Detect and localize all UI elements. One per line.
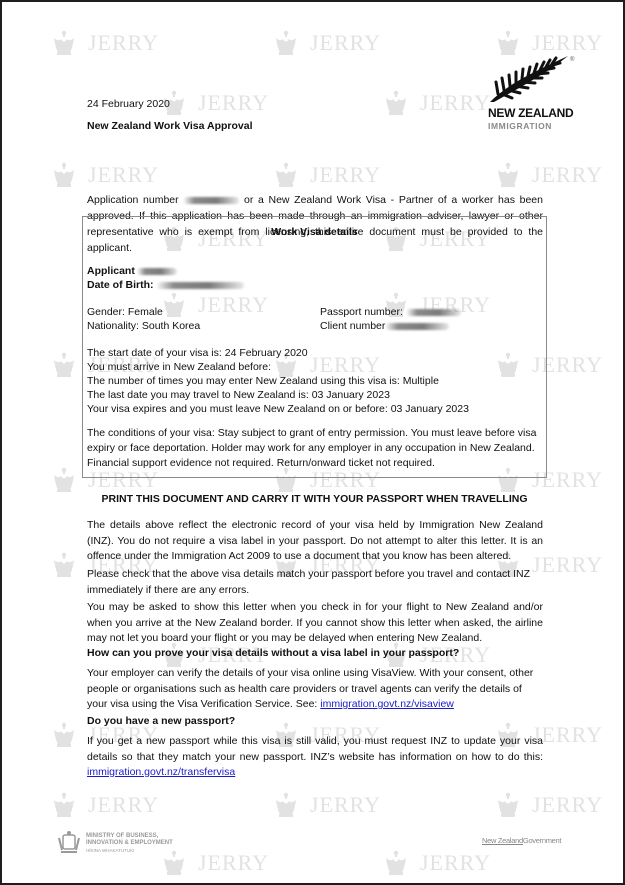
applicant-field: Applicant bbox=[87, 265, 177, 277]
nz-government-logo: New ZealandGovernment bbox=[482, 836, 561, 845]
logo-line-2: IMMIGRATION bbox=[488, 121, 578, 131]
paragraph-visaview: Your employer can verify the details of … bbox=[87, 666, 543, 713]
mbie-logo: MINISTRY OF BUSINESS, INNOVATION & EMPLO… bbox=[58, 830, 173, 856]
letter-title: New Zealand Work Visa Approval bbox=[87, 120, 253, 132]
crown-icon bbox=[274, 162, 298, 188]
redacted-passport-number bbox=[406, 309, 461, 316]
watermark: JERRY bbox=[52, 792, 159, 818]
transfervisa-link[interactable]: immigration.govt.nz/transfervisa bbox=[87, 766, 235, 778]
crown-icon bbox=[52, 352, 76, 378]
svg-text:®: ® bbox=[570, 56, 575, 63]
heading-prove-visa: How can you prove your visa details with… bbox=[87, 647, 459, 659]
crown-icon bbox=[496, 162, 520, 188]
crown-icon bbox=[52, 792, 76, 818]
expiry-date: Your visa expires and you must leave New… bbox=[87, 403, 469, 415]
watermark: JERRY bbox=[496, 792, 603, 818]
start-date: The start date of your visa is: 24 Febru… bbox=[87, 347, 308, 359]
watermark: JERRY bbox=[496, 162, 603, 188]
logo-line-1: NEW ZEALAND bbox=[488, 106, 578, 120]
crown-icon bbox=[274, 30, 298, 56]
visaview-link[interactable]: immigration.govt.nz/visaview bbox=[320, 698, 454, 710]
heading-new-passport: Do you have a new passport? bbox=[87, 715, 235, 727]
paragraph-check-details: Please check that the above visa details… bbox=[87, 567, 543, 598]
watermark: JERRY bbox=[496, 30, 603, 56]
details-title: Work Visa details bbox=[83, 226, 546, 238]
redacted-application-number bbox=[183, 197, 239, 204]
passport-number-field: Passport number: bbox=[320, 306, 461, 318]
paragraph-electronic-record: The details above reflect the electronic… bbox=[87, 518, 543, 565]
watermark: JERRY bbox=[384, 90, 491, 116]
arrive-before: You must arrive in New Zealand before: bbox=[87, 361, 271, 373]
letter-date: 24 February 2020 bbox=[87, 98, 170, 110]
paragraph-show-letter: You may be asked to show this letter whe… bbox=[87, 600, 543, 647]
crown-icon bbox=[52, 552, 76, 578]
document-page: JERRYJERRYJERRYJERRYJERRYJERRYJERRYJERRY… bbox=[0, 0, 625, 885]
paragraph-new-passport: If you get a new passport while this vis… bbox=[87, 734, 543, 781]
last-travel-date: The last date you may travel to New Zeal… bbox=[87, 389, 390, 401]
crown-icon bbox=[384, 850, 408, 876]
crown-icon bbox=[52, 467, 76, 493]
coat-of-arms-icon bbox=[58, 830, 80, 856]
redacted-applicant-name bbox=[137, 268, 177, 275]
watermark: JERRY bbox=[274, 792, 381, 818]
crown-icon bbox=[52, 30, 76, 56]
watermark: JERRY bbox=[162, 850, 269, 876]
crown-icon bbox=[52, 722, 76, 748]
dob-field: Date of Birth: bbox=[87, 279, 244, 291]
watermark: JERRY bbox=[274, 162, 381, 188]
work-visa-details-box: Work Visa details Applicant Date of Birt… bbox=[82, 216, 547, 478]
redacted-dob bbox=[156, 282, 244, 289]
crown-icon bbox=[496, 30, 520, 56]
nationality-field: Nationality: South Korea bbox=[87, 320, 200, 332]
crown-icon bbox=[52, 162, 76, 188]
watermark: JERRY bbox=[52, 162, 159, 188]
print-notice: PRINT THIS DOCUMENT AND CARRY IT WITH YO… bbox=[2, 493, 625, 505]
visa-conditions: The conditions of your visa: Stay subjec… bbox=[87, 426, 543, 471]
watermark: JERRY bbox=[162, 90, 269, 116]
client-number-field: Client number bbox=[320, 320, 449, 332]
watermark: JERRY bbox=[384, 850, 491, 876]
crown-icon bbox=[496, 792, 520, 818]
crown-icon bbox=[384, 90, 408, 116]
number-of-entries: The number of times you may enter New Ze… bbox=[87, 375, 439, 387]
redacted-client-number bbox=[385, 323, 449, 330]
watermark: JERRY bbox=[52, 30, 159, 56]
watermark: JERRY bbox=[274, 30, 381, 56]
gender-field: Gender: Female bbox=[87, 306, 163, 318]
silver-fern-icon: ® bbox=[488, 54, 578, 104]
nz-immigration-logo: ® NEW ZEALAND IMMIGRATION bbox=[488, 54, 578, 131]
crown-icon bbox=[274, 792, 298, 818]
